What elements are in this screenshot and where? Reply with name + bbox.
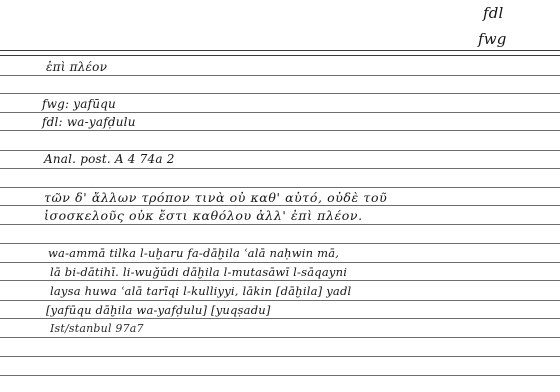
- ruled-line: [0, 205, 560, 206]
- ruled-line: [0, 224, 560, 225]
- heading-epi-pleon: ἐπὶ πλέον: [46, 60, 107, 74]
- handwritten-note-card: fdl fwg ἐπὶ πλέον fwg: yafūqu fdl: wa-ya…: [0, 0, 560, 392]
- greek-text-line-2: ἰσοσκελοῦς οὐκ ἔστι καθόλου ἀλλ' ἐπὶ πλέ…: [44, 208, 363, 223]
- signature-fwg: fwg: [478, 30, 507, 48]
- ruled-line: [0, 300, 560, 301]
- ruled-line: [0, 75, 560, 76]
- greek-text-line-1: τῶν δ' ἄλλων τρόπον τινὰ οὐ καθ' αὑτό, ο…: [44, 190, 387, 205]
- ruled-line: [0, 375, 560, 376]
- arabic-translit-line-3: laysa huwa ʿalā tarīqi l-kulliyyi, lākin…: [50, 284, 351, 298]
- arabic-translit-line-2: lā bi-dātihī. li-wuǧūdi dāḫila l-mutasāw…: [50, 265, 347, 279]
- manuscript-reference: Ist/stanbul 97a7: [50, 322, 144, 335]
- ruled-line: [0, 50, 560, 51]
- ruled-line: [0, 262, 560, 263]
- ruled-line: [0, 318, 560, 319]
- ruled-line: [0, 243, 560, 244]
- ruled-line: [0, 130, 560, 131]
- source-reference: Anal. post. A 4 74a 2: [44, 152, 175, 166]
- ruled-line: [0, 150, 560, 151]
- ruled-line: [0, 93, 560, 94]
- ruled-line: [0, 187, 560, 188]
- ruled-line: [0, 280, 560, 281]
- label-fdl: fdl: wa-yafḍulu: [42, 115, 136, 129]
- arabic-translit-line-1: wa-ammā tilka l-uḫaru fa-dāḫila ʿalā naḥ…: [48, 246, 339, 260]
- ruled-line: [0, 168, 560, 169]
- ruled-line: [0, 337, 560, 338]
- signature-fdl: fdl: [483, 4, 504, 22]
- arabic-translit-line-4: [yafūqu dāḫila wa-yafḍulu] [yuqṣadu]: [46, 303, 271, 317]
- ruled-line: [0, 112, 560, 113]
- ruled-line: [0, 356, 560, 357]
- label-fwg: fwg: yafūqu: [42, 97, 116, 111]
- ruled-line: [0, 55, 560, 56]
